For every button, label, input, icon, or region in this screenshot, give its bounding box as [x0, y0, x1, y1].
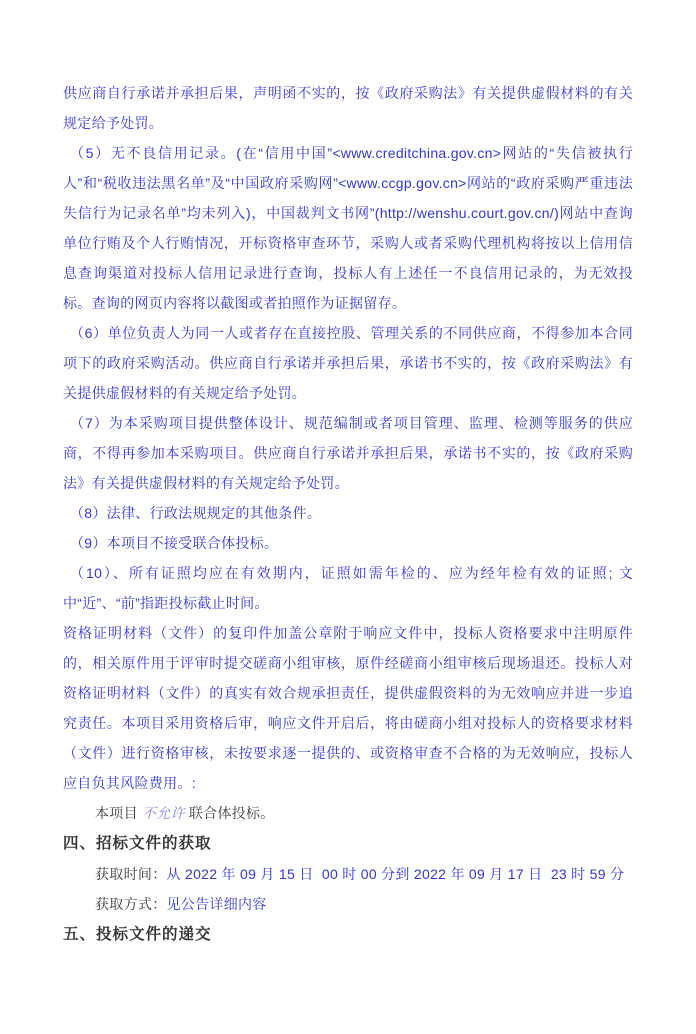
section-heading-5-bid-submission: 五、投标文件的递交 — [63, 919, 633, 950]
paragraph-item-7-design-services: （7）为本采购项目提供整体设计、规范编制或者项目管理、监理、检测等服务的供应商，… — [63, 408, 633, 498]
consortium-suffix: 联合体投标。 — [189, 805, 275, 821]
paragraph-qualification-materials: 资格证明材料（文件）的复印件加盖公章附于响应文件中，投标人资格要求中注明原件的，… — [63, 618, 633, 798]
acquisition-method-row: 获取方式：见公告详细内容 — [63, 889, 633, 919]
paragraph-penalty-continued: 供应商自行承诺并承担后果，声明函不实的，按《政府采购法》有关提供虚假材料的有关规… — [63, 78, 633, 138]
paragraph-item-8-other-conditions: （8）法律、行政法规规定的其他条件。 — [63, 498, 633, 528]
paragraph-item-9-no-consortium: （9）本项目不接受联合体投标。 — [63, 528, 633, 558]
document-page: 供应商自行承诺并承担后果，声明函不实的，按《政府采购法》有关提供虚假材料的有关规… — [0, 0, 696, 1034]
consortium-statement: 本项目不允许联合体投标。 — [63, 798, 633, 828]
acquisition-time-value: 从 2022 年 09 月 15 日 00 时 00 分到 2022 年 09 … — [167, 866, 625, 882]
paragraph-item-10-licenses-validity: （10）、所有证照均应在有效期内，证照如需年检的、应为经年检有效的证照; 文中“… — [63, 558, 633, 618]
section-heading-4-document-acquisition: 四、招标文件的获取 — [63, 828, 633, 859]
acquisition-method-label: 获取方式： — [95, 896, 167, 912]
acquisition-time-label: 获取时间： — [95, 866, 167, 882]
consortium-emphasis-not-allowed: 不允许 — [142, 805, 185, 821]
acquisition-method-value: 见公告详细内容 — [167, 896, 267, 912]
paragraph-item-5-credit-record: （5）无不良信用记录。(在“信用中国”<www.creditchina.gov.… — [63, 138, 633, 318]
consortium-prefix: 本项目 — [95, 805, 138, 821]
paragraph-item-6-same-responsible-person: （6）单位负责人为同一人或者存在直接控股、管理关系的不同供应商，不得参加本合同项… — [63, 318, 633, 408]
document-body: 供应商自行承诺并承担后果，声明函不实的，按《政府采购法》有关提供虚假材料的有关规… — [63, 78, 633, 950]
acquisition-time-row: 获取时间：从 2022 年 09 月 15 日 00 时 00 分到 2022 … — [63, 859, 633, 889]
